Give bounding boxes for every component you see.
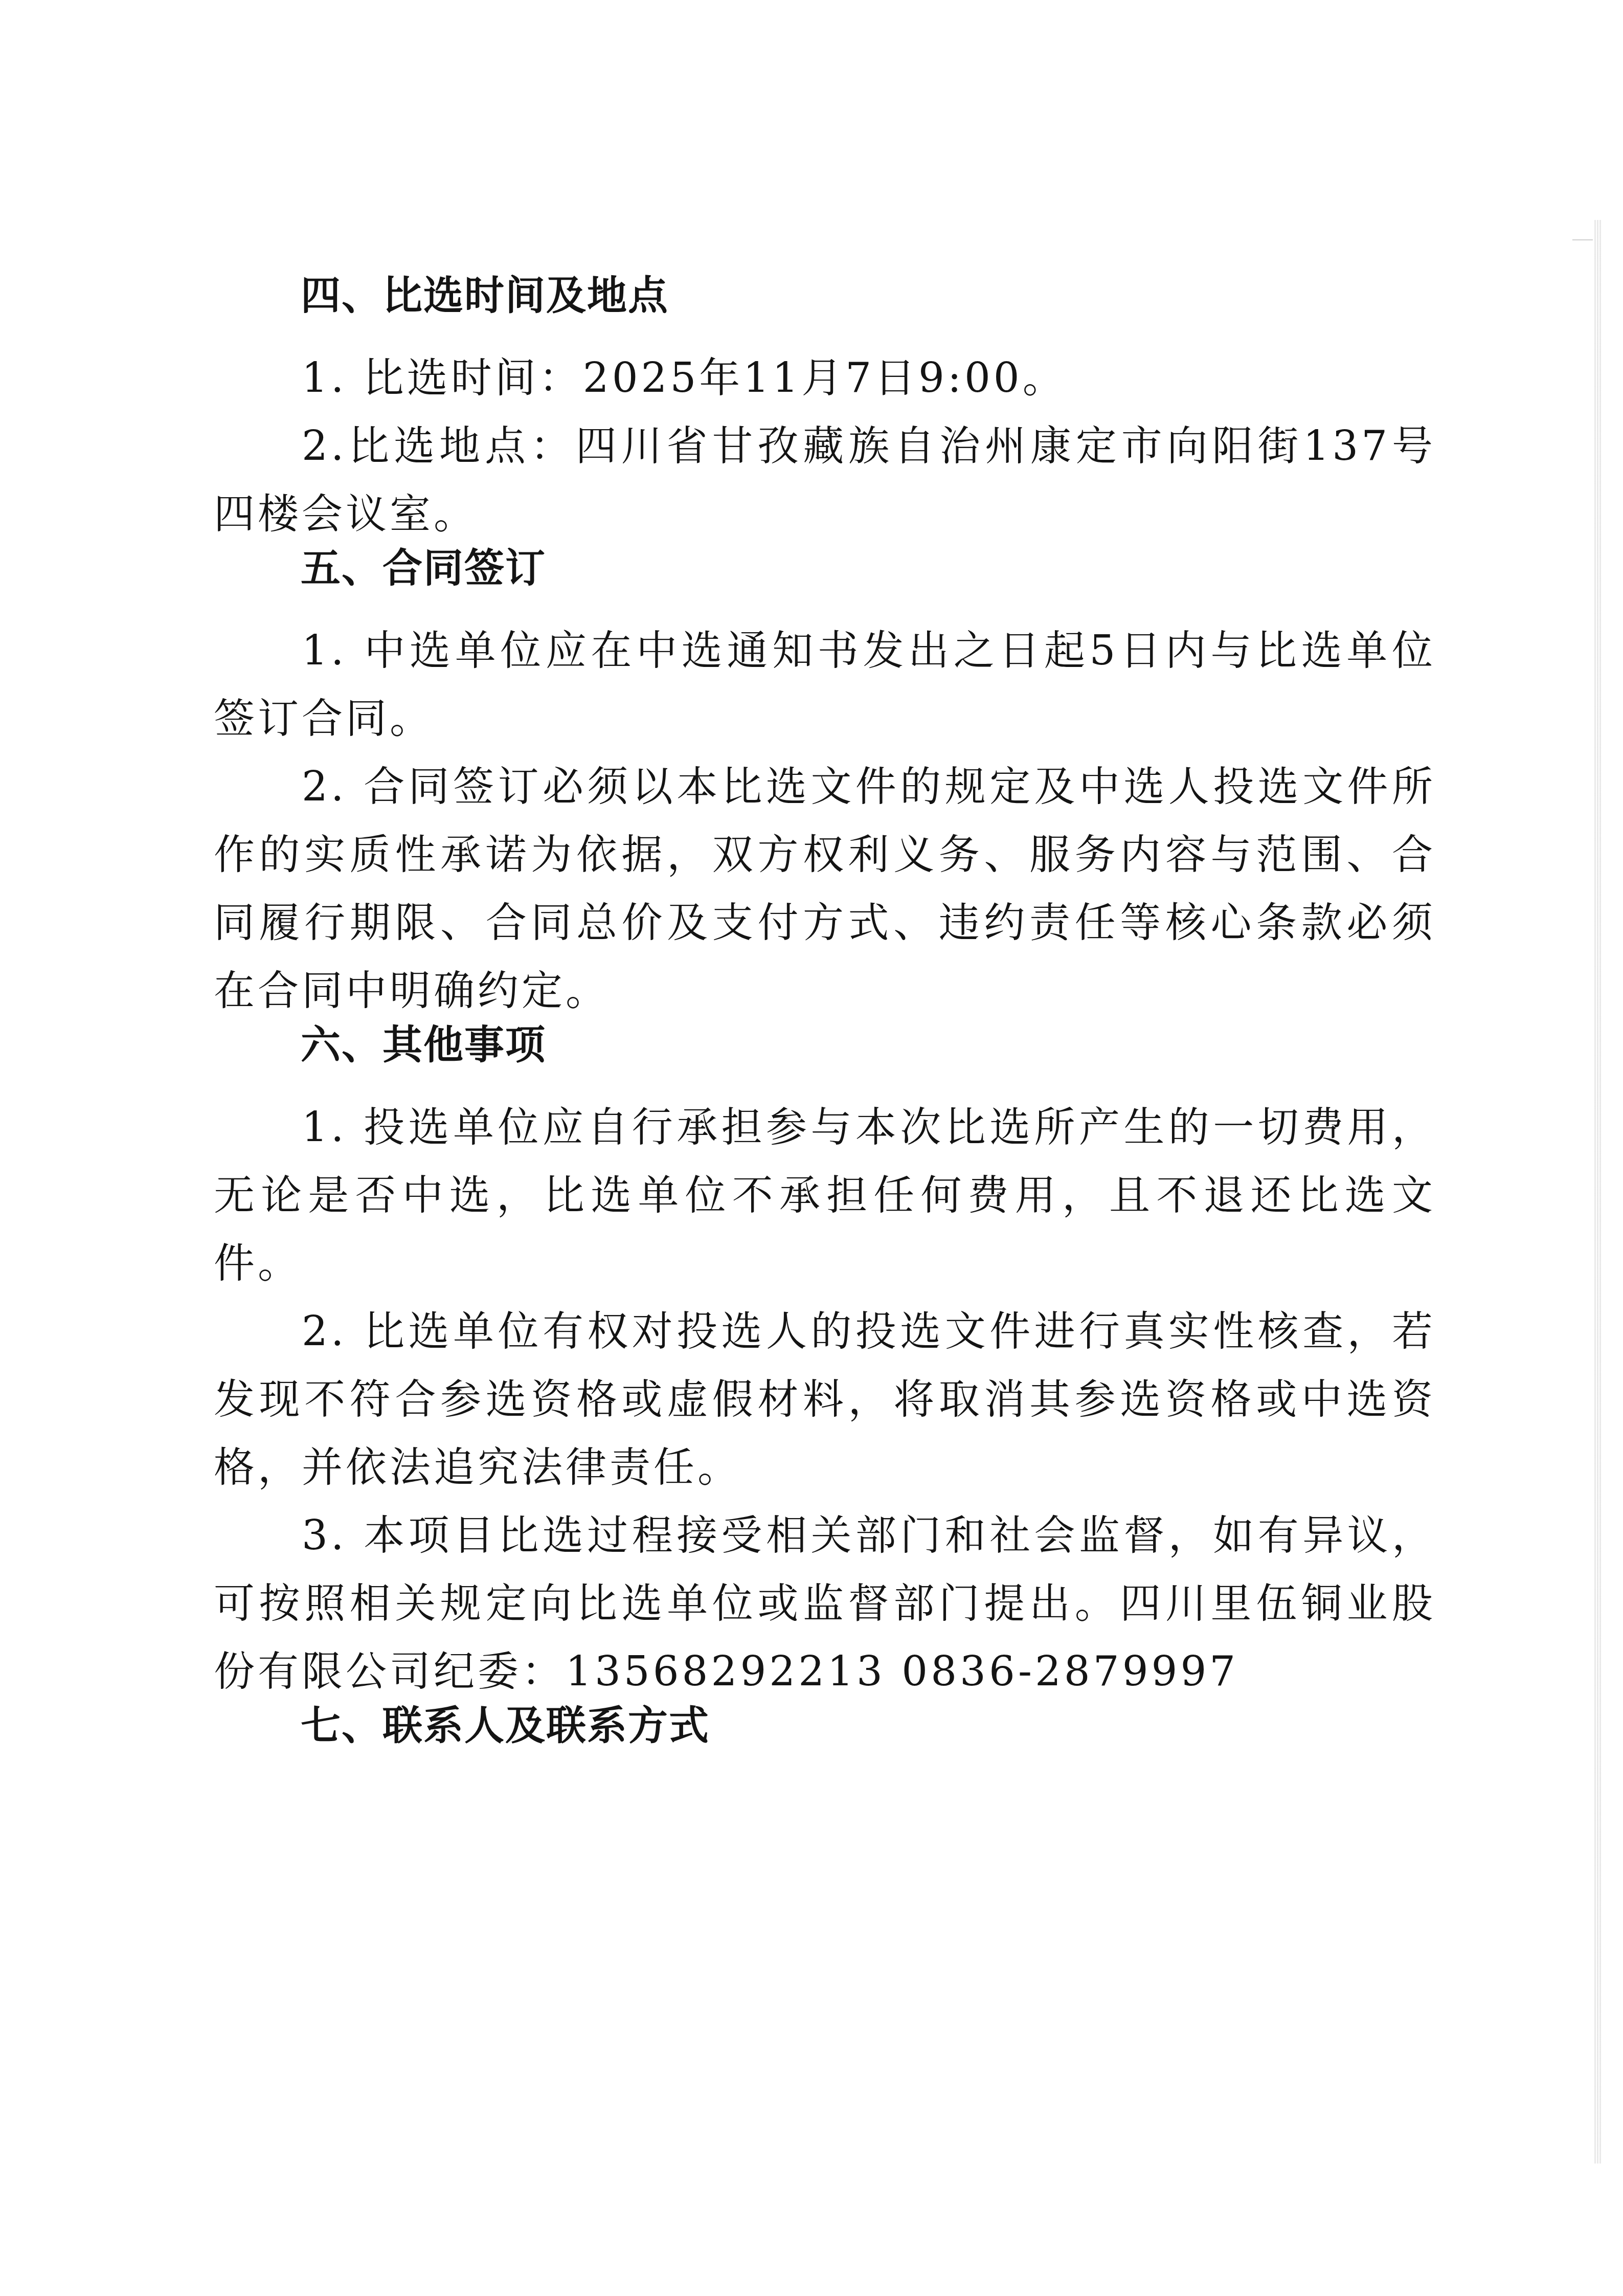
- scan-edge-line: [1594, 220, 1602, 2164]
- paragraph-contract-basis: 2. 合同签订必须以本比选文件的规定及中选人投选文件所作的实质性承诺为依据，双方…: [214, 752, 1436, 1024]
- section-other-matters: 六、其他事项 1. 投选单位应自行承担参与本次比选所产生的一切费用，无论是否中选…: [214, 1026, 1436, 1705]
- scan-mark: [1572, 239, 1593, 240]
- section-contact: 七、联系人及联系方式: [214, 1706, 1436, 1774]
- section-heading: 五、合同签订: [214, 549, 1436, 616]
- paragraph-contract-deadline: 1. 中选单位应在中选通知书发出之日起5日内与比选单位签订合同。: [214, 616, 1436, 752]
- section-heading: 七、联系人及联系方式: [214, 1706, 1436, 1774]
- paragraph-bid-time: 1. 比选时间：2025年11月7日9:00。: [214, 344, 1436, 412]
- paragraph-supervision: 3. 本项目比选过程接受相关部门和社会监督，如有异议，可按照相关规定向比选单位或…: [214, 1501, 1436, 1705]
- document-page: 四、比选时间及地点 1. 比选时间：2025年11月7日9:00。 2.比选地点…: [0, 0, 1623, 2296]
- paragraph-bid-location: 2.比选地点：四川省甘孜藏族自治州康定市向阳街137号四楼会议室。: [214, 412, 1436, 548]
- section-heading: 六、其他事项: [214, 1026, 1436, 1093]
- paragraph-costs: 1. 投选单位应自行承担参与本次比选所产生的一切费用，无论是否中选，比选单位不承…: [214, 1093, 1436, 1297]
- section-heading: 四、比选时间及地点: [214, 276, 1436, 344]
- section-contract-signing: 五、合同签订 1. 中选单位应在中选通知书发出之日起5日内与比选单位签订合同。 …: [214, 549, 1436, 1024]
- document-body: 四、比选时间及地点 1. 比选时间：2025年11月7日9:00。 2.比选地点…: [214, 276, 1436, 1774]
- paragraph-verification: 2. 比选单位有权对投选人的投选文件进行真实性核查，若发现不符合参选资格或虚假材…: [214, 1297, 1436, 1501]
- section-bid-time-location: 四、比选时间及地点 1. 比选时间：2025年11月7日9:00。 2.比选地点…: [214, 276, 1436, 548]
